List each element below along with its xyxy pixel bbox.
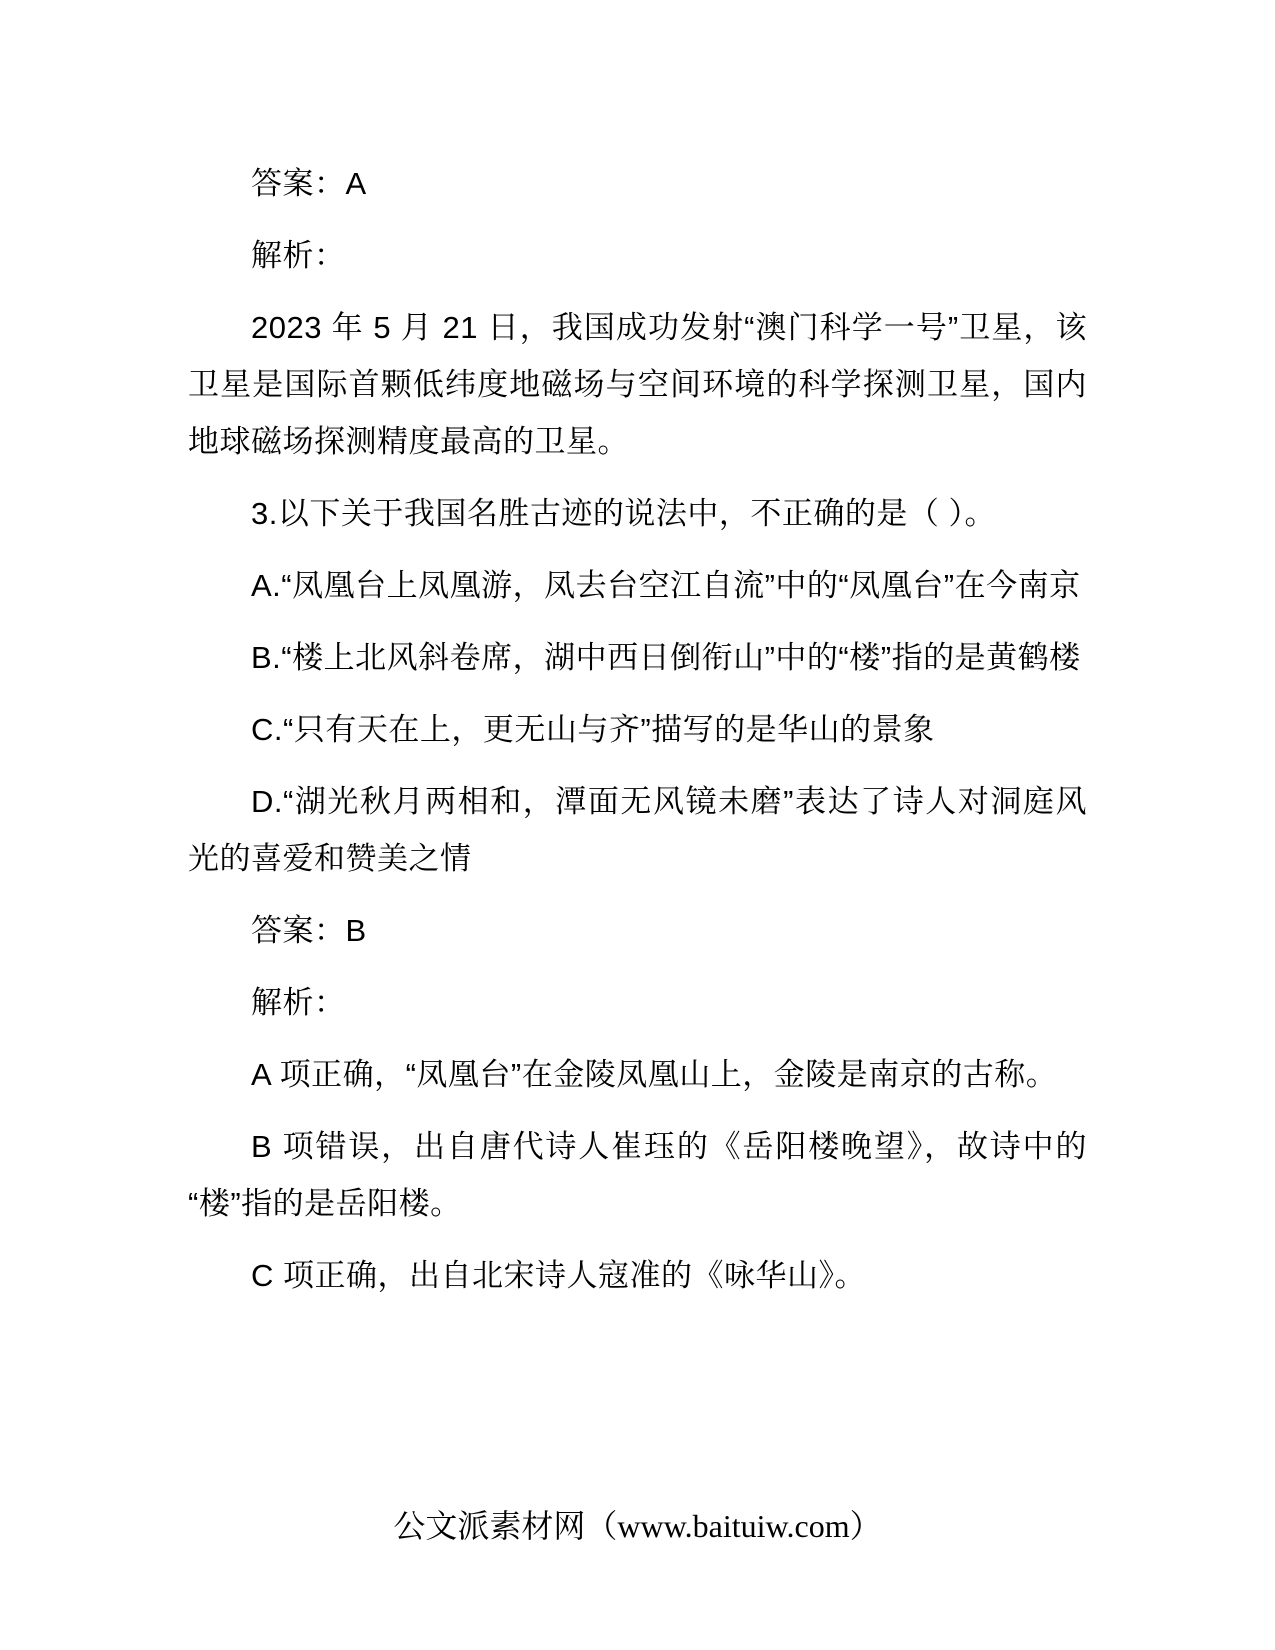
question-3-option-a: A.“凤凰台上凤凰游，凤去台空江自流”中的“凤凰台”在今南京 — [188, 557, 1087, 614]
analysis-1-text: 2023 年 5 月 21 日，我国成功发射“澳门科学一号”卫星，该卫星是国际首… — [188, 299, 1087, 470]
answer-a-line: 答案：A — [188, 155, 1087, 212]
question-3-option-b: B.“楼上北风斜卷席，湖中西日倒衔山”中的“楼”指的是黄鹤楼 — [188, 629, 1087, 686]
question-3-option-d: D.“湖光秋月两相和，潭面无风镜未磨”表达了诗人对洞庭风光的喜爱和赞美之情 — [188, 773, 1087, 887]
analysis-heading-2: 解析： — [188, 974, 1087, 1031]
document-body: 答案：A 解析： 2023 年 5 月 21 日，我国成功发射“澳门科学一号”卫… — [188, 155, 1087, 1319]
analysis-heading-1: 解析： — [188, 227, 1087, 284]
page-footer: 公文派素材网（www.baituiw.com） — [0, 1502, 1275, 1550]
analysis-option-c: C 项正确，出自北宋诗人寇准的《咏华山》。 — [188, 1247, 1087, 1304]
document-page: 答案：A 解析： 2023 年 5 月 21 日，我国成功发射“澳门科学一号”卫… — [0, 0, 1275, 1650]
analysis-option-b: B 项错误，出自唐代诗人崔珏的《岳阳楼晚望》，故诗中的“楼”指的是岳阳楼。 — [188, 1118, 1087, 1232]
analysis-option-a: A 项正确，“凤凰台”在金陵凤凰山上，金陵是南京的古称。 — [188, 1046, 1087, 1103]
answer-b-line: 答案：B — [188, 902, 1087, 959]
question-3-option-c: C.“只有天在上，更无山与齐”描写的是华山的景象 — [188, 701, 1087, 758]
question-3-stem: 3.以下关于我国名胜古迹的说法中，不正确的是（ ）。 — [188, 485, 1087, 542]
